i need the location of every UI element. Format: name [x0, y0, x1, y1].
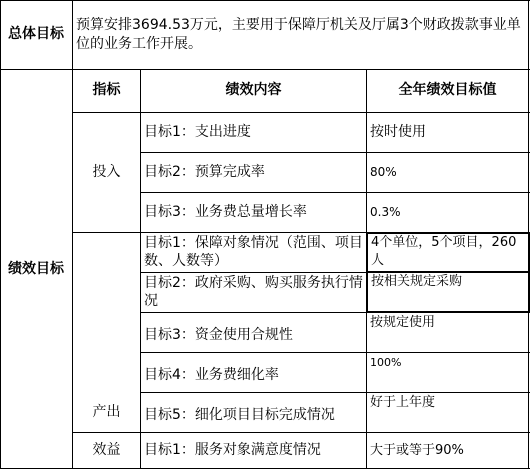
content-cell: 目标1：支出进度	[141, 112, 366, 152]
overall-text: 预算安排3694.53万元，主要用于保障厅机关及厅属3个财政拨款事业单位的业务工…	[73, 0, 528, 69]
content-cell: 目标4：业务费细化率	[141, 352, 366, 392]
value-cell: 100%	[367, 352, 528, 392]
header-content: 绩效内容	[141, 69, 366, 112]
content-cell: 目标2：政府采购、购买服务执行情况	[141, 273, 366, 312]
value-cell: 按相关规定采购	[368, 273, 526, 311]
header-target-value: 全年绩效目标值	[367, 69, 528, 112]
value-cell: 80%	[367, 152, 528, 192]
value-cell: 4个单位，5个项目，260人	[368, 234, 526, 271]
group-benefit: 效益	[73, 432, 140, 468]
content-cell: 目标5：细化项目目标完成情况	[141, 392, 366, 432]
content-cell: 目标3：业务费总量增长率	[141, 192, 366, 232]
value-cell: 好于上年度	[367, 392, 528, 432]
content-cell: 目标1：保障对象情况（范围、项目数、人数等）	[141, 233, 366, 272]
value-cell: 按时使用	[367, 112, 528, 152]
group-input: 投入	[73, 112, 140, 232]
header-indicator: 指标	[73, 69, 140, 112]
group-output: 产出	[73, 232, 140, 432]
performance-table: 总体目标 预算安排3694.53万元，主要用于保障厅机关及厅属3个财政拨款事业单…	[0, 0, 530, 470]
value-cell: 大于或等于90%	[367, 432, 528, 468]
content-cell: 目标1：服务对象满意度情况	[141, 432, 366, 468]
performance-label: 绩效目标	[0, 69, 72, 469]
overall-label: 总体目标	[0, 0, 72, 69]
content-cell: 目标2：预算完成率	[141, 152, 366, 192]
value-cell: 0.3%	[367, 192, 528, 232]
border-bottom	[0, 468, 530, 469]
value-cell: 按规定使用	[367, 312, 528, 352]
content-cell: 目标3：资金使用合规性	[141, 312, 366, 352]
